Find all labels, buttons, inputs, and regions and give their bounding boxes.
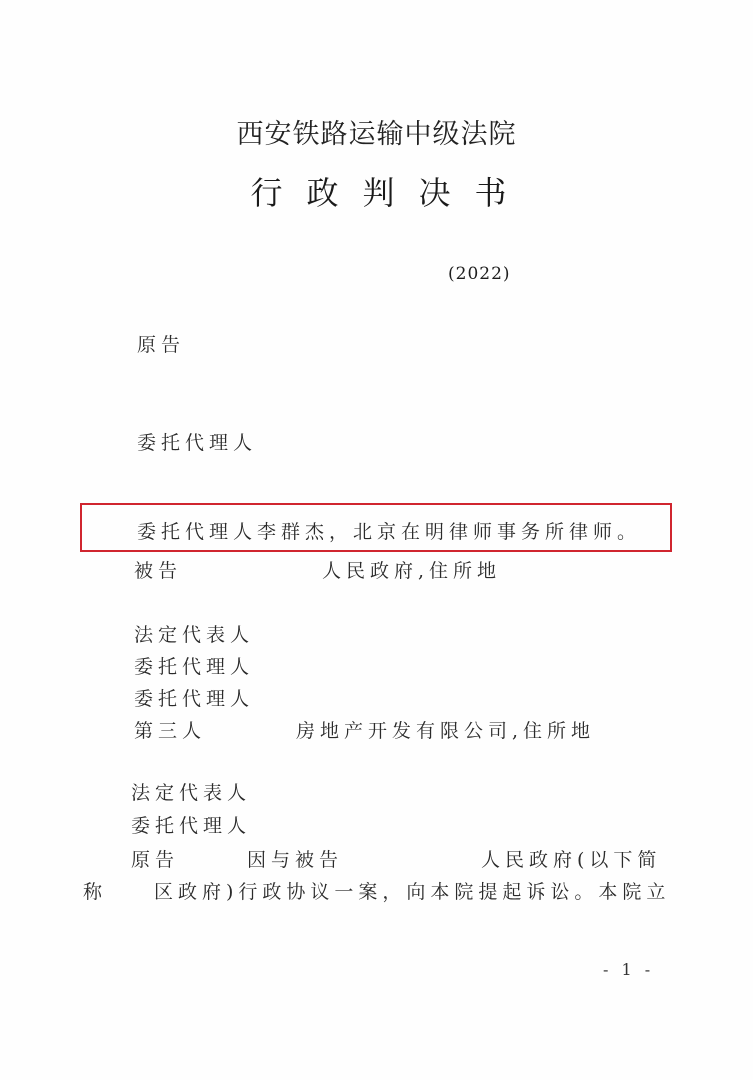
third-party-label: 第三人 (134, 716, 206, 743)
plaintiff-agent-label: 委托代理人 (137, 428, 257, 455)
document-title: 行政判决书 (0, 168, 753, 214)
defendant-agent-2-label: 委托代理人 (134, 684, 254, 711)
defendant-legal-rep-label: 法定代表人 (134, 620, 254, 647)
body-line1-part1: 原告 (131, 845, 179, 872)
body-line2-part2: 区政府)行政协议一案，向本院提起诉讼。本院立 (154, 877, 670, 904)
plaintiff-agent-highlighted: 委托代理人李群杰，北京在明律师事务所律师。 (137, 517, 641, 544)
defendant-label: 被告 (134, 556, 182, 583)
document-page: 西安铁路运输中级法院 行政判决书 (2022) 原告 委托代理人 委托代理人李群… (0, 0, 753, 1080)
defendant-value: 人民政府,住所地 (322, 556, 501, 583)
case-number: (2022) (448, 264, 511, 284)
body-line2-part1: 称 (83, 877, 107, 904)
third-party-legal-rep-label: 法定代表人 (131, 778, 251, 805)
body-line1-part2: 因与被告 (247, 845, 343, 872)
court-name: 西安铁路运输中级法院 (0, 112, 753, 151)
third-party-value: 房地产开发有限公司,住所地 (296, 716, 595, 743)
defendant-agent-1-label: 委托代理人 (134, 652, 254, 679)
page-number: - 1 - (603, 960, 654, 979)
plaintiff-label: 原告 (137, 330, 185, 357)
body-line1-part3: 人民政府(以下简 (481, 845, 661, 872)
third-party-agent-label: 委托代理人 (131, 811, 251, 838)
